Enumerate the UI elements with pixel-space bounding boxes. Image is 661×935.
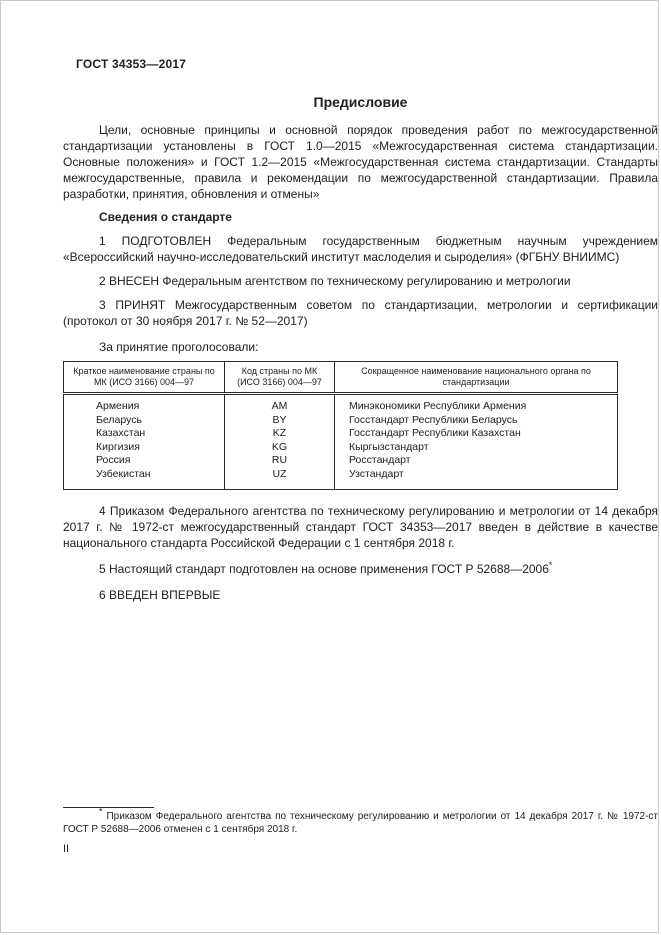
table-row: Армения AM Минэкономики Республики Армен… <box>64 394 618 414</box>
footnote-marker: * <box>99 807 103 817</box>
table-header-country: Краткое наименование страны по МК (ИСО 3… <box>64 362 225 394</box>
cell-country: Беларусь <box>64 414 225 428</box>
cell-country: Армения <box>64 394 225 414</box>
cell-country: Узбекистан <box>64 468 225 490</box>
cell-org: Минэкономики Республики Армения <box>335 394 618 414</box>
cell-country: Киргизия <box>64 441 225 455</box>
standard-info-item-1: 1 ПОДГОТОВЛЕН Федеральным государственны… <box>63 233 658 265</box>
page-title: Предисловие <box>63 94 658 110</box>
cell-org: Госстандарт Республики Казахстан <box>335 427 618 441</box>
cell-org: Узстандарт <box>335 468 618 490</box>
doc-code: ГОСТ 34353—2017 <box>76 57 658 71</box>
intro-paragraph: Цели, основные принципы и основной поряд… <box>63 122 658 202</box>
cell-country: Россия <box>64 454 225 468</box>
table-header-org: Сокращенное наименование национального о… <box>335 362 618 394</box>
table-header-row: Краткое наименование страны по МК (ИСО 3… <box>64 362 618 394</box>
standard-info-heading: Сведения о стандарте <box>63 209 658 225</box>
footnote-reference-marker: * <box>549 560 553 570</box>
footnote-block: * Приказом Федерального агентства по тех… <box>63 807 658 836</box>
vote-table: Краткое наименование страны по МК (ИСО 3… <box>63 361 618 490</box>
cell-code: UZ <box>225 468 335 490</box>
item-5-text: 5 Настоящий стандарт подготовлен на осно… <box>99 562 549 576</box>
cell-code: RU <box>225 454 335 468</box>
footnote-body: Приказом Федерального агентства по техни… <box>63 811 658 835</box>
cell-code: BY <box>225 414 335 428</box>
footnote-rule <box>63 807 154 808</box>
cell-org: Госстандарт Республики Беларусь <box>335 414 618 428</box>
cell-org: Росстандарт <box>335 454 618 468</box>
vote-heading: За принятие проголосовали: <box>63 339 658 355</box>
footnote-text: * Приказом Федерального агентства по тех… <box>63 811 658 836</box>
cell-code: AM <box>225 394 335 414</box>
page-content: ГОСТ 34353—2017 Предисловие Цели, основн… <box>63 1 658 603</box>
cell-org: Кыргызстандарт <box>335 441 618 455</box>
document-page: ГОСТ 34353—2017 Предисловие Цели, основн… <box>0 0 659 933</box>
standard-info-item-4: 4 Приказом Федерального агентства по тех… <box>63 503 658 551</box>
table-row: Узбекистан UZ Узстандарт <box>64 468 618 490</box>
cell-code: KG <box>225 441 335 455</box>
table-row: Россия RU Росстандарт <box>64 454 618 468</box>
standard-info-item-6: 6 ВВЕДЕН ВПЕРВЫЕ <box>63 587 658 603</box>
standard-info-item-5: 5 Настоящий стандарт подготовлен на осно… <box>63 561 658 577</box>
table-header-code: Код страны по МК (ИСО 3166) 004—97 <box>225 362 335 394</box>
table-row: Казахстан KZ Госстандарт Республики Каза… <box>64 427 618 441</box>
standard-info-item-2: 2 ВНЕСЕН Федеральным агентством по техни… <box>63 273 658 289</box>
table-row: Беларусь BY Госстандарт Республики Белар… <box>64 414 618 428</box>
cell-code: KZ <box>225 427 335 441</box>
table-row: Киргизия KG Кыргызстандарт <box>64 441 618 455</box>
standard-info-item-3: 3 ПРИНЯТ Межгосударственным советом по с… <box>63 297 658 329</box>
cell-country: Казахстан <box>64 427 225 441</box>
page-number: II <box>63 843 69 855</box>
